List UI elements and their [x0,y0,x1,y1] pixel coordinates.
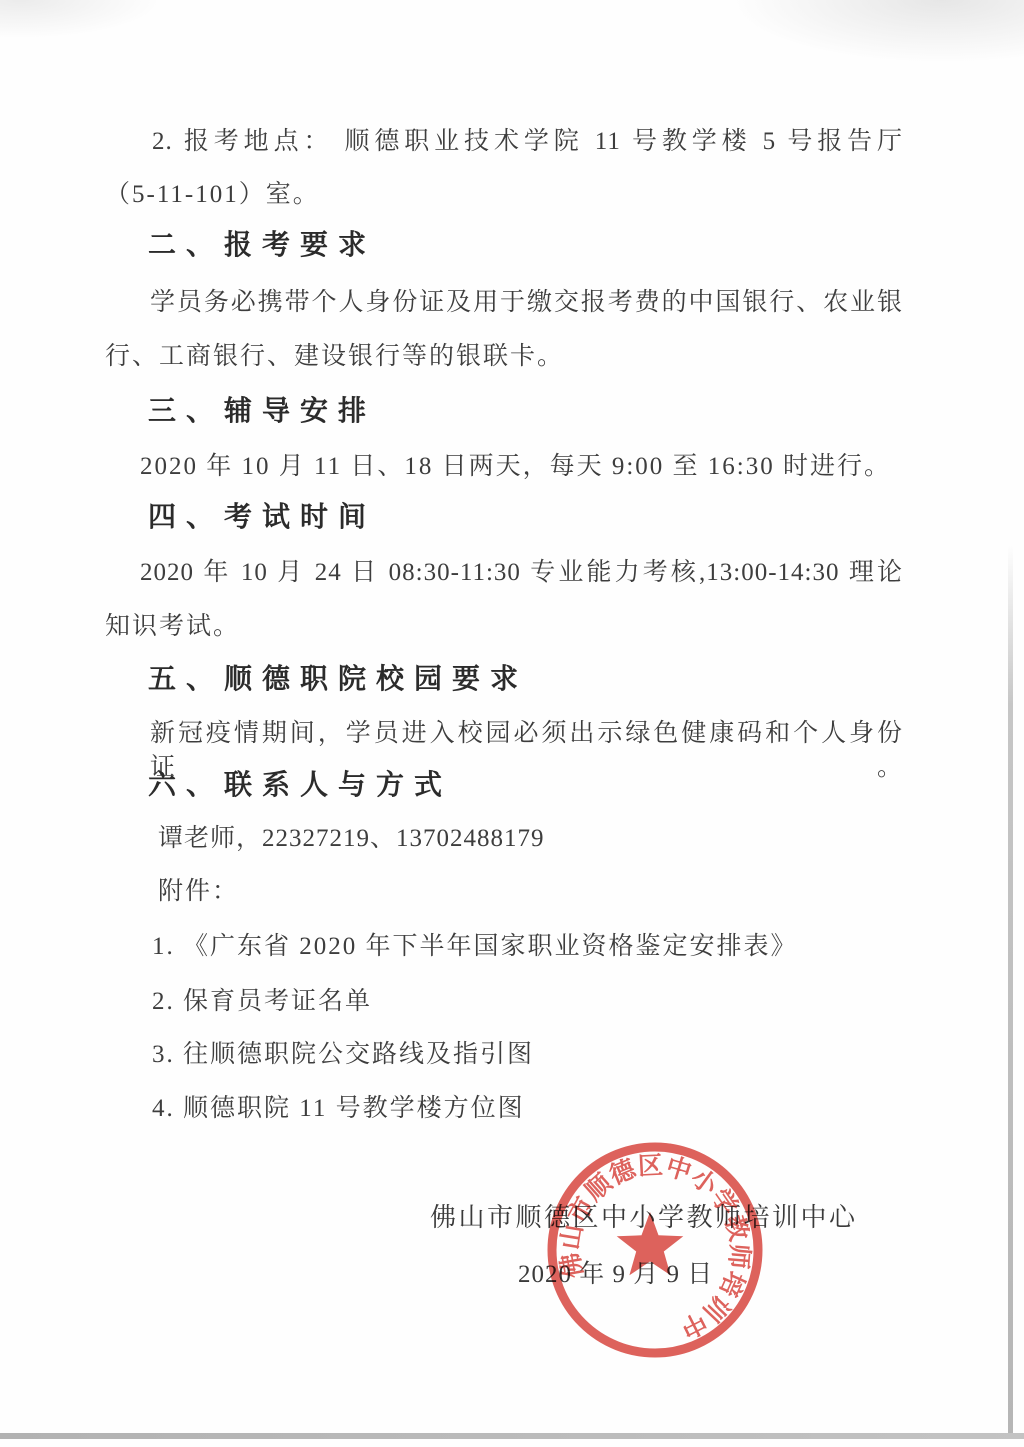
signature-date: 2020 年 9 月 9 日 [518,1258,713,1292]
exam-time-line-2: 知识考试。 [105,610,240,644]
page-edge-bottom [0,1433,1024,1439]
contact-info-line: 谭老师，22327219、13702488179 [158,822,545,856]
requirements-line-2: 行、工商银行、建设银行等的银联卡。 [105,340,564,374]
requirements-line-1: 学员务必携带个人身份证及用于缴交报考费的中国银行、农业银 [150,286,903,320]
scanned-notice-page: 2. 报考地点： 顺德职业技术学院 11 号教学楼 5 号报告厅 （5-11-1… [0,0,1024,1447]
section-heading-exam-time: 四、考试时间 [148,500,376,534]
attachment-item-3: 3. 往顺德职院公交路线及指引图 [152,1038,534,1072]
page-edge-right [1008,545,1013,1433]
attachment-item-4: 4. 顺德职院 11 号教学楼方位图 [152,1092,525,1126]
registration-room-line: （5-11-101）室。 [105,178,320,212]
section-heading-tutoring: 三、辅导安排 [148,394,376,428]
attachment-item-2: 2. 保育员考证名单 [152,985,372,1019]
attachments-label: 附件： [158,875,239,909]
signature-organization: 佛山市顺德区中小学教师培训中心 [430,1201,858,1235]
exam-time-line-1: 2020 年 10 月 24 日 08:30-11:30 专业能力考核,13:0… [140,556,903,590]
seal-ring [552,1147,758,1353]
registration-location-line: 2. 报考地点： 顺德职业技术学院 11 号教学楼 5 号报告厅 [152,125,903,159]
tutoring-schedule-line: 2020 年 10 月 11 日、18 日两天，每天 9:00 至 16:30 … [140,450,891,484]
section-heading-contact: 六、联系人与方式 [148,768,452,802]
section-heading-requirements: 二、报考要求 [148,228,376,262]
section-heading-campus: 五、顺德职院校园要求 [148,662,528,696]
attachment-item-1: 1. 《广东省 2020 年下半年国家职业资格鉴定安排表》 [152,930,798,964]
